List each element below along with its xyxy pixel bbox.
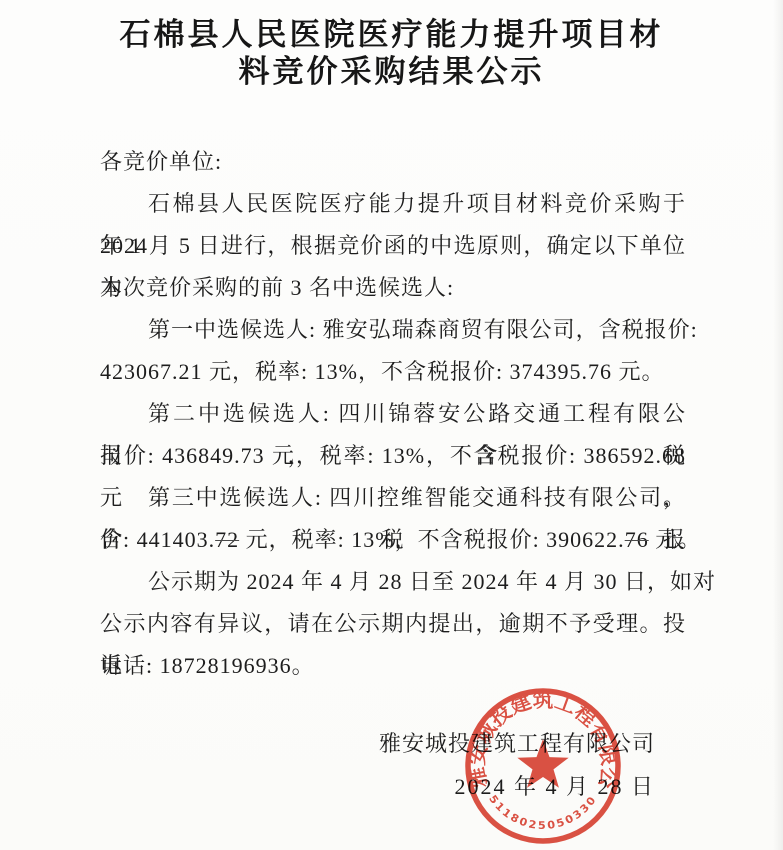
body-text: 各竞价单位:石棉县人民医院医疗能力提升项目材料竞价采购于 2024年 1 月 5… <box>100 141 686 687</box>
body-line: 电话: 18728196936。 <box>100 645 686 687</box>
body-line: 公示内容有异议，请在公示期内提出，逾期不予受理。投诉 <box>100 603 686 645</box>
document-title-line1: 石棉县人民医院医疗能力提升项目材 <box>0 16 783 53</box>
body-line: 第二中选候选人: 四川锦蓉安公路交通工程有限公司，含税 <box>100 393 686 435</box>
signature-date: 2024 年 4 月 28 日 <box>379 774 655 800</box>
struck-text: 72 <box>215 527 239 552</box>
signature-block: 雅安城投建筑工程有限公司 2024 年 4 月 28 日 <box>379 731 655 800</box>
scan-edge-shadow <box>773 0 783 850</box>
body-line: 423067.21 元，税率: 13%，不含税报价: 374395.76 元。 <box>100 351 686 393</box>
body-line: 价: 441403.72 元，税率: 13%，不含税报价: 390622.76 … <box>100 519 686 561</box>
document-page: 石棉县人民医院医疗能力提升项目材 料竞价采购结果公示 各竞价单位:石棉县人民医院… <box>0 0 783 850</box>
body-text-segment: 元，税率: 13%，不含税报价: 390622. <box>239 527 625 552</box>
body-line: 第一中选候选人: 雅安弘瑞森商贸有限公司，含税报价: <box>100 309 686 351</box>
body-line: 石棉县人民医院医疗能力提升项目材料竞价采购于 2024 <box>100 183 686 225</box>
body-line: 各竞价单位: <box>100 141 686 183</box>
document-title-line2: 料竞价采购结果公示 <box>0 53 783 90</box>
body-line: 年 1 月 5 日进行，根据竞价函的中选原则，确定以下单位为 <box>100 225 686 267</box>
body-text-segment: 元。 <box>649 527 702 552</box>
document-title: 石棉县人民医院医疗能力提升项目材 料竞价采购结果公示 <box>0 16 783 90</box>
struck-text: 76 <box>625 527 649 552</box>
body-text-segment: 价: 441403. <box>100 527 215 552</box>
signature-company: 雅安城投建筑工程有限公司 <box>379 731 655 757</box>
body-line: 本次竞价采购的前 3 名中选候选人: <box>100 267 686 309</box>
body-line: 第三中选候选人: 四川控维智能交通科技有限公司，含税报 <box>100 477 686 519</box>
body-line: 公示期为 2024 年 4 月 28 日至 2024 年 4 月 30 日，如对 <box>100 561 686 603</box>
body-line: 报价: 436849.73 元，税率: 13%，不含税报价: 386592.68… <box>100 435 686 477</box>
